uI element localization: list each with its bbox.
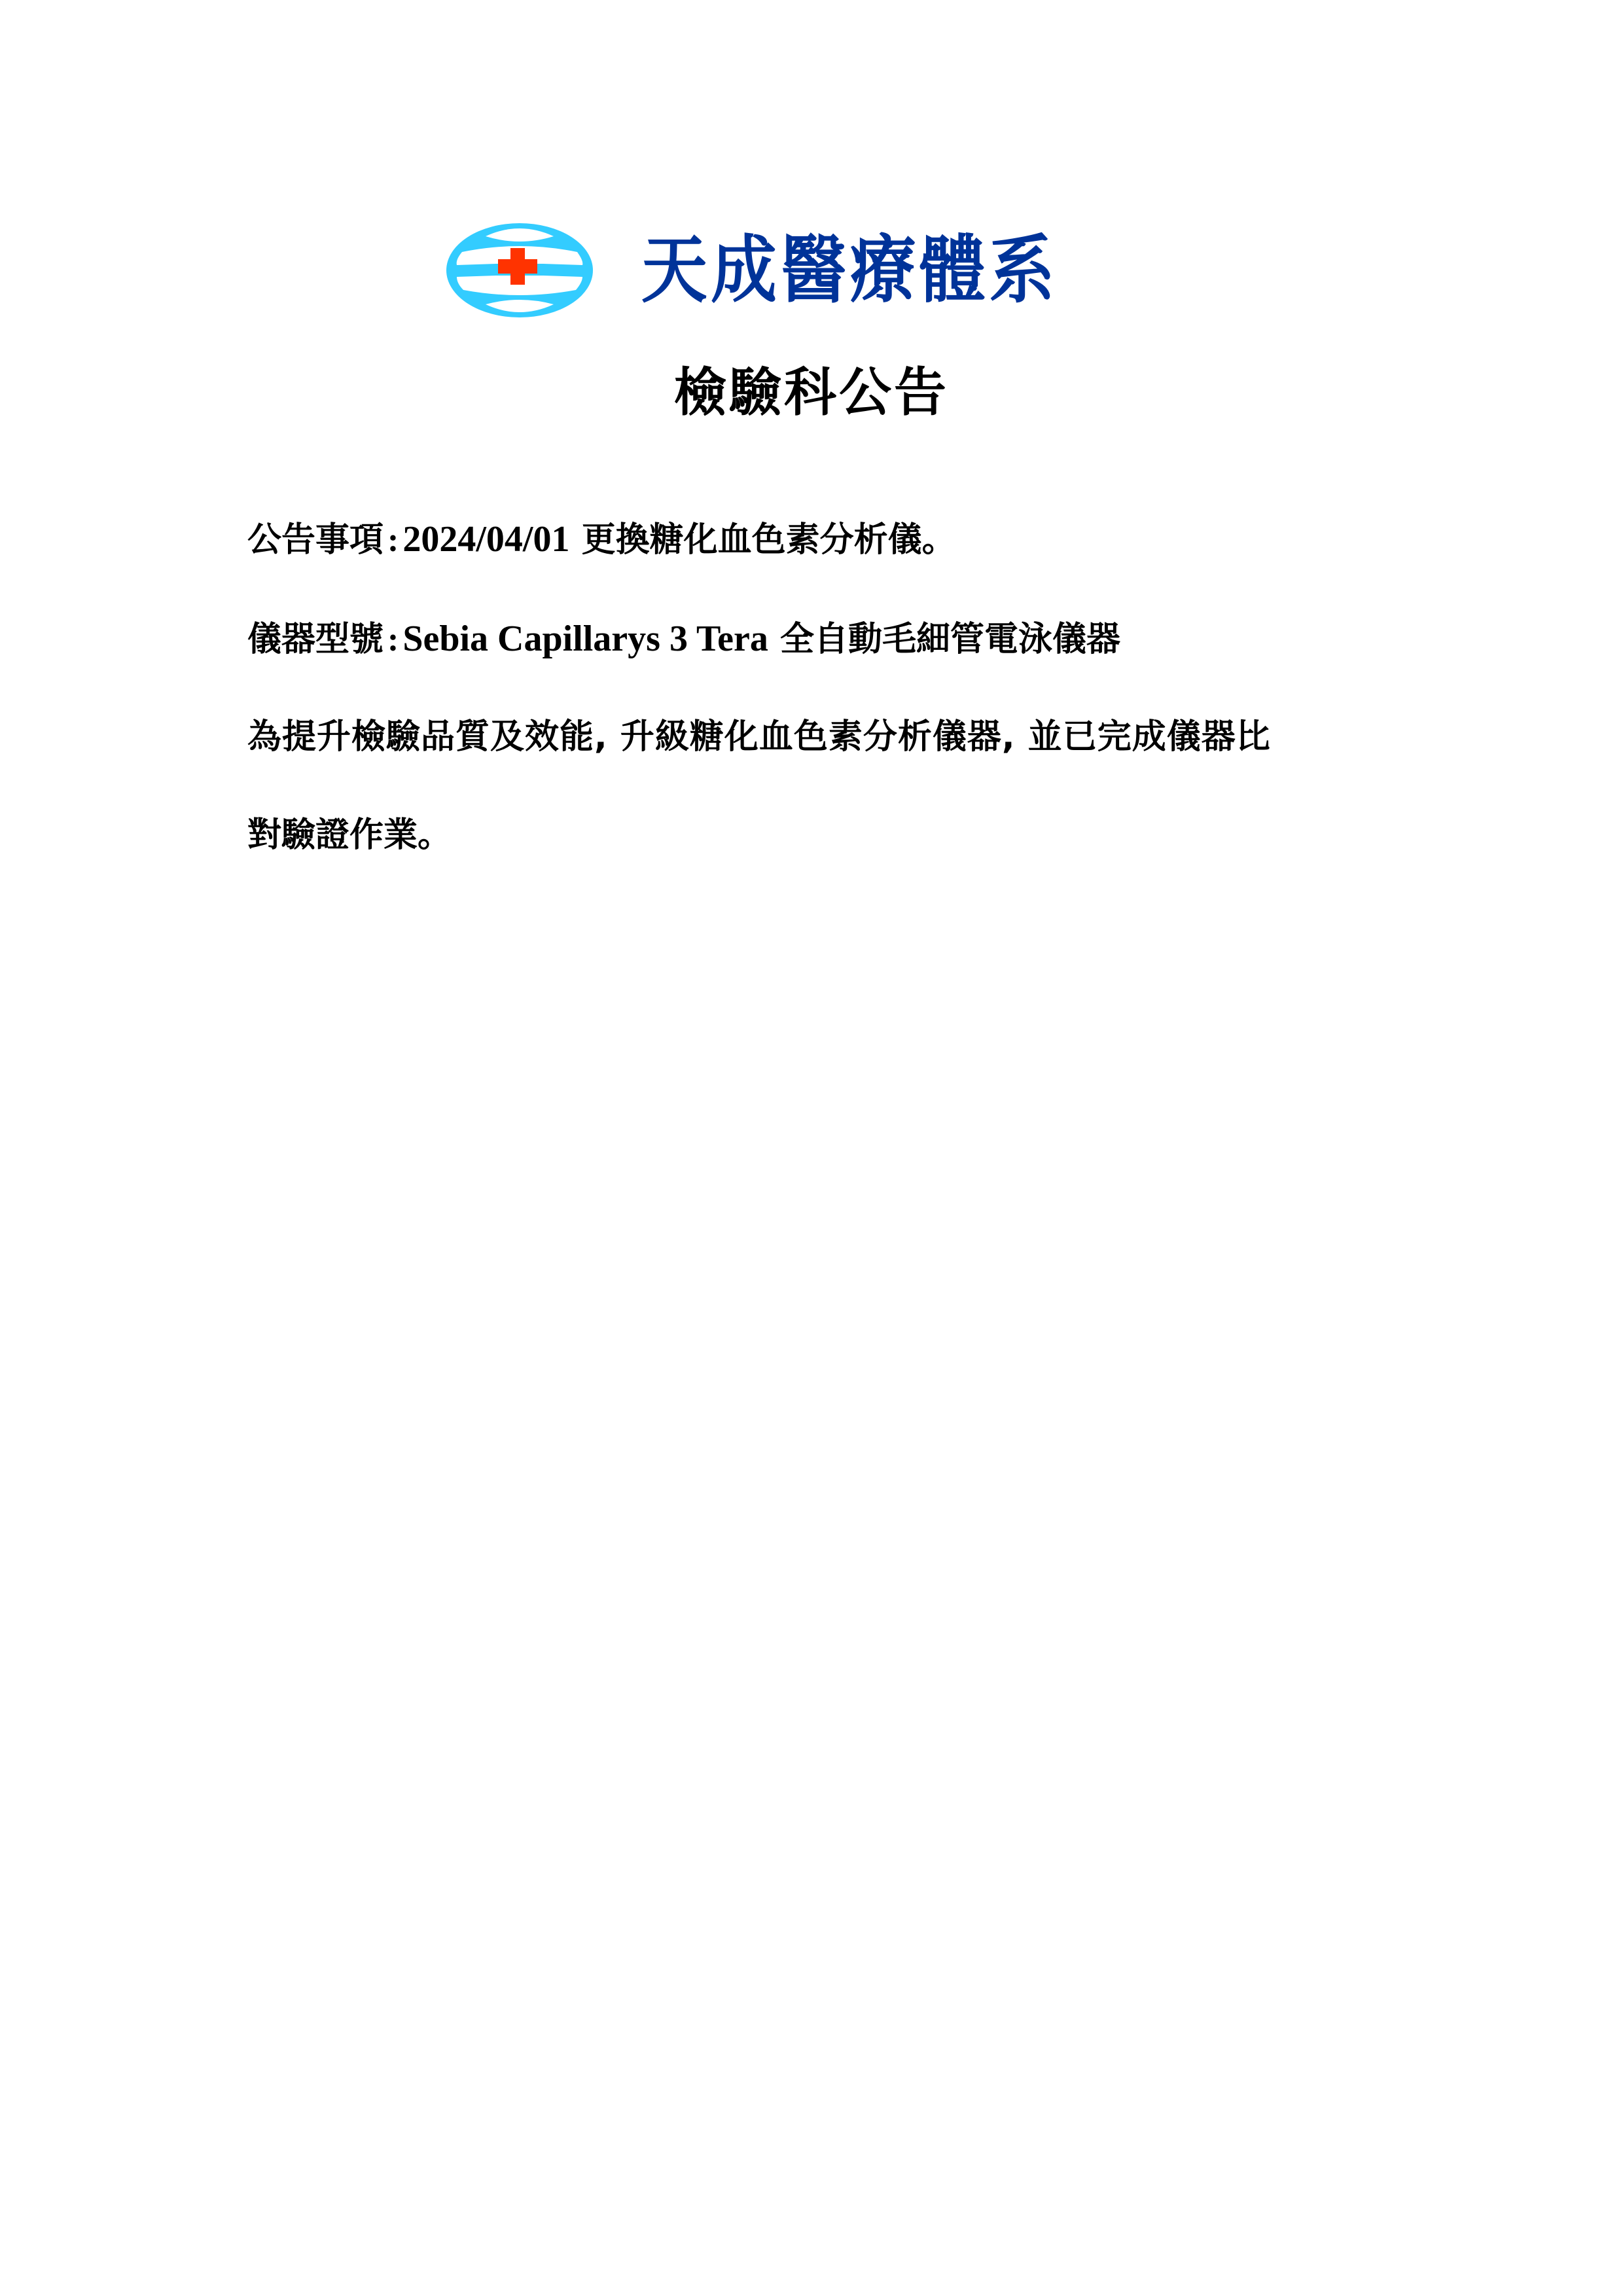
notice-item-text: 更換糖化血色素分析儀。 — [582, 520, 956, 560]
label-separator: : — [387, 522, 399, 559]
logo-wordmark: 天成醫療體系 — [641, 234, 1058, 307]
notice-item-line: 公告事項:2024/04/01 更換糖化血色素分析儀。 — [247, 518, 956, 562]
notice-body-line-2: 對驗證作業。 — [247, 814, 452, 856]
notice-item-label: 公告事項 — [247, 520, 383, 560]
notice-date: 2024/04/01 — [402, 519, 569, 560]
instrument-model-name: Sebia Capillarys 3 Tera — [402, 619, 768, 659]
instrument-model-line: 儀器型號:Sebia Capillarys 3 Tera 全自動毛細管電泳儀器 — [247, 618, 1120, 661]
instrument-model-description: 全自動毛細管電泳儀器 — [780, 620, 1120, 659]
label-separator: : — [387, 621, 399, 658]
page-title: 檢驗科公告 — [0, 361, 1623, 424]
globe-cross-icon — [445, 222, 594, 319]
notice-body-line-1: 為提升檢驗品質及效能, 升級糖化血色素分析儀器, 並已完成儀器比 — [247, 716, 1271, 758]
instrument-model-label: 儀器型號 — [247, 620, 383, 659]
hospital-logo: 天成醫療體系 — [445, 221, 1185, 319]
